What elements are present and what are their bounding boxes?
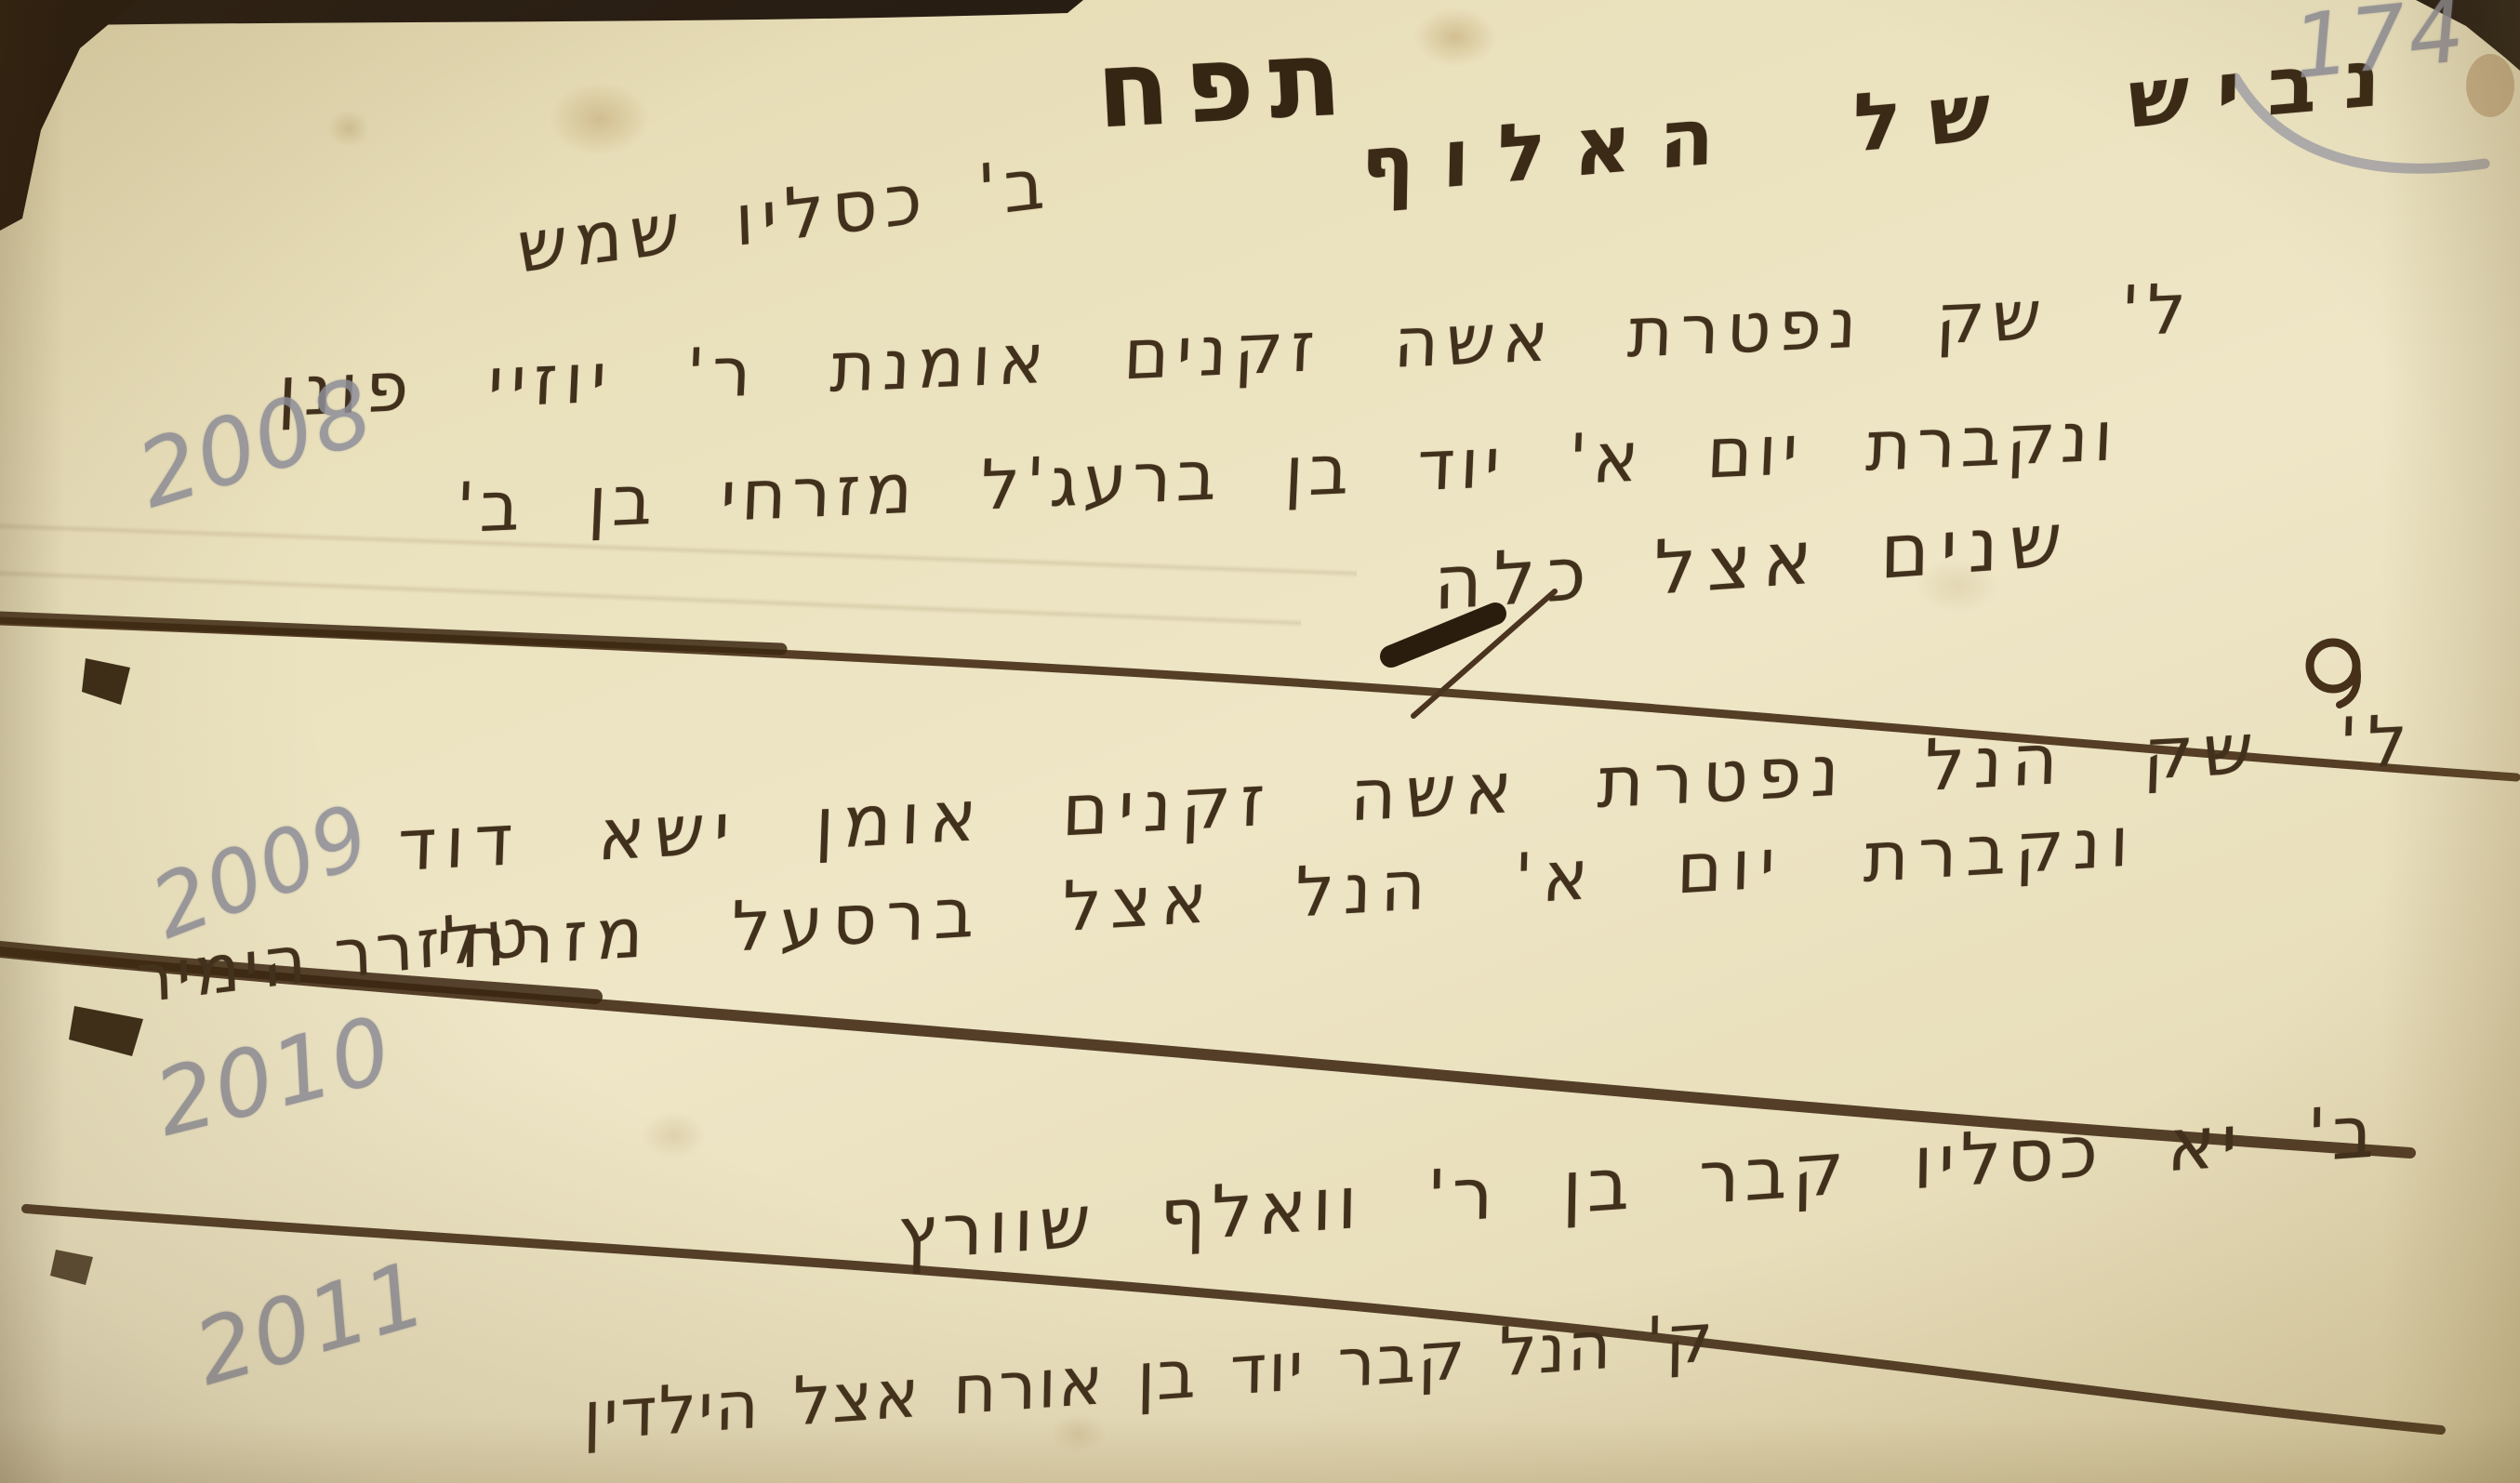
year-heading: תפח [1094, 24, 1359, 143]
pencil-year-2011: 2011 [186, 1248, 436, 1398]
ink-tick-1 [82, 658, 130, 705]
binding-top-strip [0, 0, 1083, 26]
manuscript-page: נביש של האלוף תפח ב' כסליו שמש ל' שק נפט… [0, 0, 2520, 1483]
ink-separator-1-thick [0, 617, 781, 649]
paper-crease [0, 569, 1301, 628]
entry-line: ל' שק נפטרת אשה זקנים אומנת ר' יוזיי פונ… [276, 274, 2195, 427]
entry-line: נביש של האלוף [1359, 35, 2408, 207]
page-edge-shadow-bottom [0, 1418, 2520, 1483]
entry-line: ב' כסליו שמש [516, 147, 1053, 284]
ink-flourish-tail [2340, 666, 2357, 705]
page-edge-shadow-left [0, 0, 65, 1483]
page-edge-shadow-right [2381, 0, 2520, 1483]
paper-stain [549, 82, 651, 156]
pencil-year-2010: 2010 [147, 1004, 401, 1150]
paper-stain [642, 1111, 707, 1159]
pencil-year-2008: 2008 [128, 365, 384, 523]
paper-stain [1413, 7, 1497, 67]
ink-flourish [2310, 642, 2356, 689]
ink-tick-2 [69, 1006, 143, 1056]
entry-line: ב' יא כסליו קבר בן ר' וואלף שוורץ [897, 1095, 2381, 1272]
paper-stain [327, 110, 370, 147]
